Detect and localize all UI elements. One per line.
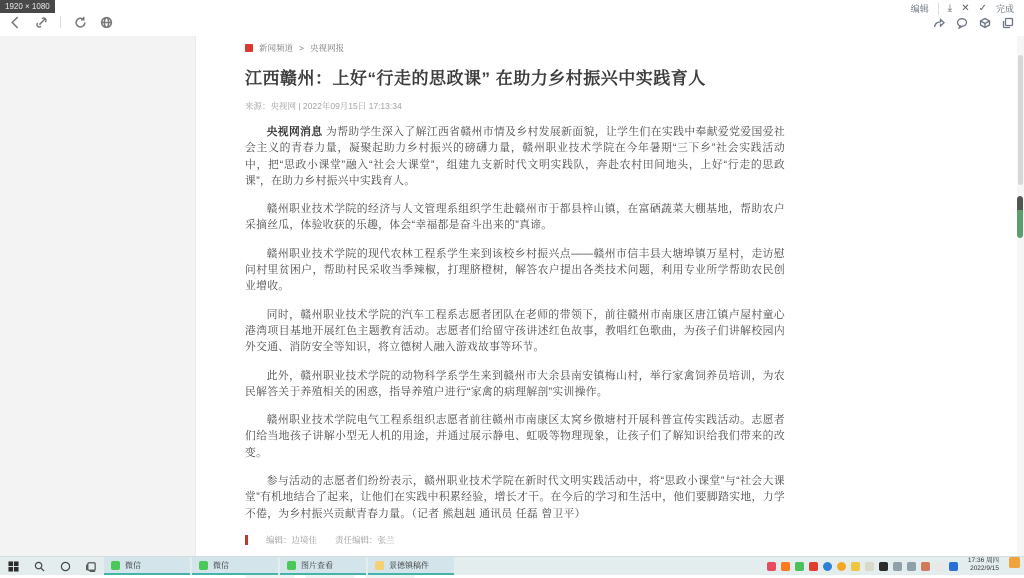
- taskbar-app-微信[interactable]: 微信: [192, 557, 278, 575]
- toolbar-divider: [60, 16, 61, 28]
- wechat-icon: [199, 561, 208, 570]
- taskbar-app-景德镇稿件[interactable]: 景德镇稿件: [368, 557, 454, 575]
- chief-editor-name: 责任编辑：张兰: [335, 534, 395, 546]
- refresh-icon[interactable]: [73, 15, 87, 29]
- page-toolbar: [8, 15, 113, 29]
- share-icon[interactable]: [933, 17, 945, 29]
- wps-icon[interactable]: [781, 562, 790, 571]
- image-size-badge: 1920 × 1080: [0, 0, 55, 13]
- editor-name: 编辑：边境佳: [266, 534, 317, 546]
- link-icon[interactable]: [34, 15, 48, 29]
- article-title: 江西赣州：上好“行走的思政课” 在助力乡村振兴中实践育人: [245, 64, 785, 89]
- scrollbar-thumb[interactable]: [1018, 55, 1023, 185]
- article-paragraphs: 央视网消息 为帮助学生深入了解江西省赣州市情及乡村发展新面貌，让学生们在实践中奉…: [245, 124, 785, 522]
- taskbar-app-label: 微信: [213, 560, 229, 571]
- flask-icon[interactable]: [865, 562, 874, 571]
- clock-date: 2022/9/15: [968, 565, 999, 573]
- download-icon[interactable]: ⤓: [948, 3, 952, 14]
- back-icon[interactable]: [8, 15, 22, 29]
- start-button[interactable]: [0, 557, 26, 575]
- close-icon[interactable]: ✕: [961, 3, 969, 14]
- system-tray: [767, 557, 962, 575]
- annotation-divider: [938, 3, 939, 15]
- article-body: 新闻频道 > 央视网报 江西赣州：上好“行走的思政课” 在助力乡村振兴中实践育人…: [245, 40, 785, 575]
- search-icon[interactable]: [26, 557, 52, 575]
- article-paragraph: 参与活动的志愿者们纷纷表示，赣州职业技术学院在新时代文明实践活动中，将“思政小课…: [245, 473, 785, 522]
- red-app-icon[interactable]: [809, 562, 818, 571]
- window-copy-icon[interactable]: [1002, 17, 1014, 29]
- breadcrumb-page[interactable]: 央视网报: [310, 42, 344, 54]
- article-paragraph: 赣州职业技术学院电气工程系组织志愿者前往赣州市南康区太窝乡傲塘村开展科普宣传实践…: [245, 412, 785, 461]
- taskbar: 微信微信图片查看景德镇稿件 17:36 周四 2022/9/15: [0, 556, 1024, 575]
- article-page: 新闻频道 > 央视网报 江西赣州：上好“行走的思政课” 在助力乡村振兴中实践育人…: [0, 36, 1024, 556]
- taskbar-clock[interactable]: 17:36 周四 2022/9/15: [962, 557, 1005, 575]
- taskbar-apps: 微信微信图片查看景德镇稿件: [104, 557, 456, 575]
- annotation-toolbar: 编辑 ⤓ ✕ ✓ 完成: [911, 2, 1014, 15]
- taskbar-app-图片查看[interactable]: 图片查看: [280, 557, 366, 575]
- taskbar-app-微信[interactable]: 微信: [104, 557, 190, 575]
- article-paragraph: 此外，赣州职业技术学院的动物科学系学生来到赣州市大余县南安镇梅山村，举行家禽饲养…: [245, 368, 785, 401]
- viewer-topbar: 编辑 ⤓ ✕ ✓ 完成: [0, 0, 1024, 36]
- breadcrumb-separator: >: [299, 43, 304, 53]
- image-viewer-icon: [287, 561, 296, 570]
- tray-notification-icon[interactable]: [1009, 557, 1020, 568]
- page-left-gutter: [0, 36, 196, 556]
- task-view-icon[interactable]: [78, 557, 104, 575]
- screenshot-tray-icon[interactable]: [921, 562, 930, 571]
- taskbar-app-label: 图片查看: [301, 560, 333, 571]
- blue-circle-icon[interactable]: [823, 562, 832, 571]
- clock-time: 17:36 周四: [968, 557, 999, 565]
- lock-icon[interactable]: [851, 562, 860, 571]
- article-paragraph: 同时，赣州职业技术学院的汽车工程系志愿者团队在老师的带领下，前往赣州市南康区唐江…: [245, 307, 785, 356]
- browser-float-toolbar: [933, 17, 1014, 29]
- breadcrumb-red-square-icon: [245, 44, 253, 52]
- volume-icon[interactable]: [907, 562, 916, 571]
- check-icon[interactable]: ✓: [979, 3, 987, 14]
- globe-icon[interactable]: [99, 15, 113, 29]
- comment-icon[interactable]: [956, 17, 968, 29]
- qq-icon[interactable]: [767, 562, 776, 571]
- taskbar-app-label: 景德镇稿件: [389, 560, 429, 571]
- network-icon[interactable]: [893, 562, 902, 571]
- orange-circle-icon[interactable]: [837, 562, 846, 571]
- breadcrumb-section[interactable]: 新闻频道: [259, 42, 293, 54]
- taskbar-app-label: 微信: [125, 560, 141, 571]
- cube-icon[interactable]: [979, 17, 991, 29]
- wechat-tray-icon[interactable]: [795, 562, 804, 571]
- blue-square-icon[interactable]: [949, 562, 958, 571]
- shield-icon[interactable]: [935, 562, 944, 571]
- side-green-widget[interactable]: [1017, 196, 1023, 238]
- article-paragraph: 赣州职业技术学院的经济与人文管理系组织学生赴赣州市于都县梓山镇，在富硒蔬菜大棚基…: [245, 201, 785, 234]
- taskbar-system-buttons: [0, 557, 104, 575]
- folder-icon: [375, 561, 384, 570]
- editor-red-bar: [245, 535, 248, 545]
- done-button[interactable]: 完成: [996, 2, 1014, 15]
- edit-button[interactable]: 编辑: [911, 2, 929, 15]
- article-paragraph: 央视网消息 为帮助学生深入了解江西省赣州市情及乡村发展新面貌，让学生们在实践中奉…: [245, 124, 785, 189]
- breadcrumb: 新闻频道 > 央视网报: [245, 42, 785, 54]
- dark-app-icon[interactable]: [879, 562, 888, 571]
- article-paragraph: 赣州职业技术学院的现代农林工程系学生来到该校乡村振兴点——赣州市信丰县大塘埠镇万…: [245, 246, 785, 295]
- cortana-icon[interactable]: [52, 557, 78, 575]
- wechat-icon: [111, 561, 120, 570]
- article-source-line: 来源：央视网 | 2022年09月15日 17:13:34: [245, 100, 785, 112]
- editor-line: 编辑：边境佳 责任编辑：张兰: [245, 534, 785, 546]
